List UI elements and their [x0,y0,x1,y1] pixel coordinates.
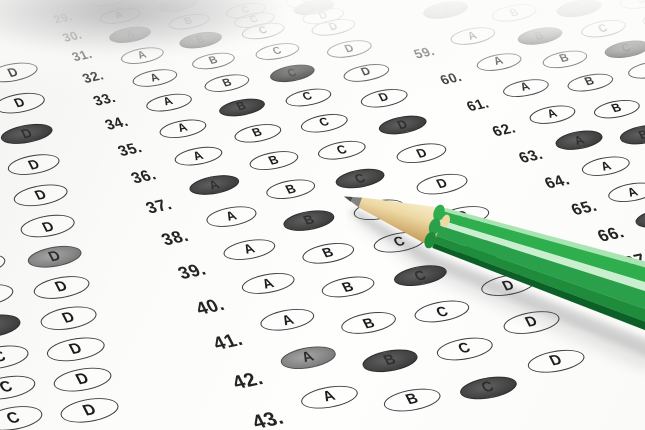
question-number-33: 33. [90,90,118,109]
question-number-31: 31. [70,47,95,64]
answer-bubble-61-B: B [564,70,617,95]
answer-bubble-39-A: A [219,235,279,263]
answer-bubble-42-B: B [358,345,422,375]
answer-bubble-39-D: D [433,202,493,230]
answer-bubble-30-A: A [96,5,143,27]
answer-bubble-63-B: B [616,122,645,148]
answer-bubble-59-A: A [447,24,499,48]
answer-bubble-35-D: D [357,85,411,110]
answer-bubble-left-row6-D: D [23,242,86,272]
answer-bubble-left-row3-D: D [4,150,64,179]
answer-bubble-right-row0-D: D [617,0,645,12]
question-number-59: 59. [411,43,437,61]
answer-bubble-left-row2-D: D [0,120,56,148]
answer-bubble-34-D: D [340,60,393,85]
answer-bubble-43-B: B [380,385,445,416]
answer-bubble-left-row11-D: D [55,394,123,427]
answer-bubble-41-D: D [477,270,540,300]
answer-bubble-62-B: B [590,96,644,121]
answer-bubble-34-C: C [281,85,334,110]
answer-bubble-36-C: C [314,137,370,163]
answer-bubble-40-C: C [390,261,451,290]
answer-bubble-40-B: B [317,273,378,302]
answer-bubble-left-row7-C: C [0,280,18,311]
question-number-38: 38. [158,227,192,251]
pencil-graphite-tip [344,197,353,202]
answer-bubble-left-row6-C: C [0,250,10,280]
answer-bubble-65-A: A [605,179,645,206]
answer-bubble-34-B: B [216,95,269,120]
answer-bubble-left-row0-D: D [0,59,41,86]
question-number-64: 64. [542,172,573,193]
question-number-43: 43. [248,407,288,430]
answer-bubble-40-D: D [455,235,516,264]
answer-bubble-right-row0-A: A [420,0,471,22]
answer-bubble-60-A: A [473,50,525,75]
answer-bubble-left-row8-D: D [36,302,101,334]
answer-bubble-37-C: C [332,165,389,192]
question-number-42: 42. [228,367,267,394]
answer-bubble-64-A: A [578,153,633,179]
question-number-34: 34. [103,114,132,133]
answer-bubble-31-B: B [176,29,225,52]
answer-bubble-59-C: C [577,17,629,41]
answer-bubble-41-C: C [411,297,474,327]
answer-bubble-left-row10-C: C [0,371,40,404]
answer-bubble-38-D: D [413,170,471,198]
answer-bubble-66-A: A [631,205,645,232]
answer-bubble-32-A: A [117,44,167,67]
answer-bubble-39-C: C [369,228,429,256]
answer-bubble-35-A: A [156,116,210,141]
question-number-30: 30. [60,28,84,45]
answer-bubble-41-A: A [256,305,319,335]
question-number-65: 65. [568,197,601,220]
answer-bubble-39-B: B [298,239,358,267]
answer-bubble-right-row0-B: B [489,1,540,25]
answer-bubble-43-D: D [524,346,589,377]
answer-bubble-left-row4-D: D [10,181,71,210]
answer-bubble-33-B: B [202,71,253,95]
answer-bubble-left-row8-C: C [0,310,25,342]
answer-bubble-33-C: C [267,62,318,86]
answer-bubble-left-row5-D: D [16,211,78,241]
question-number-63: 63. [516,146,546,166]
question-number-29: 29. [52,11,75,26]
question-number-35: 35. [115,140,145,160]
answer-bubble-37-D: D [393,140,450,167]
answer-bubble-35-B: B [230,120,284,145]
answer-bubble-38-C: C [350,196,408,224]
answer-bubble-42-A: A [276,342,340,372]
answer-bubble-59-B: B [514,24,566,48]
answer-bubble-33-D: D [324,37,375,61]
question-number-39: 39. [175,259,210,284]
answer-bubble-38-B: B [280,207,338,235]
question-number-67: 67. [620,248,645,273]
answer-bubble-left-row7-D: D [29,272,93,303]
answer-bubble-42-C: C [433,334,497,364]
question-number-62: 62. [490,121,519,140]
answer-bubble-36-D: D [375,112,431,138]
answer-bubble-31-A: A [106,24,155,47]
answer-bubble-59-D: D [639,6,645,30]
answer-bubble-33-A: A [129,66,180,90]
answer-bubble-left-row5-C: C [0,219,3,249]
answer-bubble-60-C: C [601,37,645,62]
question-number-41: 41. [210,330,247,356]
answer-bubble-36-B: B [246,147,302,173]
answer-bubble-61-A: A [499,76,552,101]
answer-bubble-right-row0-C: C [554,0,605,20]
answer-bubble-32-B: B [189,49,239,72]
question-number-60: 60. [437,69,464,87]
answer-bubble-34-A: A [142,90,195,115]
answer-bubble-left-row9-C: C [0,341,33,373]
question-number-36: 36. [129,167,160,188]
answer-bubble-41-B: B [337,308,400,338]
question-number-66: 66. [594,223,628,247]
answer-bubble-37-B: B [262,176,319,203]
question-number-40: 40. [192,293,229,319]
photo-of-answer-sheet: 29.ABCD30.ABCD31.ABCD32.ABCD33.ABCD34.AB… [0,0,645,430]
answer-bubble-43-C: C [456,373,521,404]
answer-bubble-36-A: A [170,143,226,169]
answer-bubble-61-C: C [624,57,645,82]
answer-bubble-43-A: A [297,382,362,413]
answer-bubble-30-B: B [165,11,212,33]
question-number-37: 37. [143,196,176,219]
answer-bubble-32-C: C [252,40,302,63]
answer-bubble-40-A: A [237,269,298,298]
answer-bubble-left-row1-D: D [0,89,49,117]
answer-bubble-62-A: A [526,101,580,126]
answer-bubble-60-B: B [539,47,591,72]
answer-bubble-35-C: C [297,110,351,135]
answer-bubble-left-row10-D: D [49,363,116,396]
answer-bubble-37-A: A [186,172,243,199]
answer-bubble-38-A: A [202,203,260,231]
question-number-61: 61. [464,95,492,114]
answer-bubble-63-A: A [552,127,606,153]
question-number-32: 32. [80,68,107,86]
answer-bubble-left-row11-C: C [0,402,48,430]
answer-bubble-left-row9-D: D [42,333,108,365]
answer-bubble-42-D: D [500,307,564,337]
